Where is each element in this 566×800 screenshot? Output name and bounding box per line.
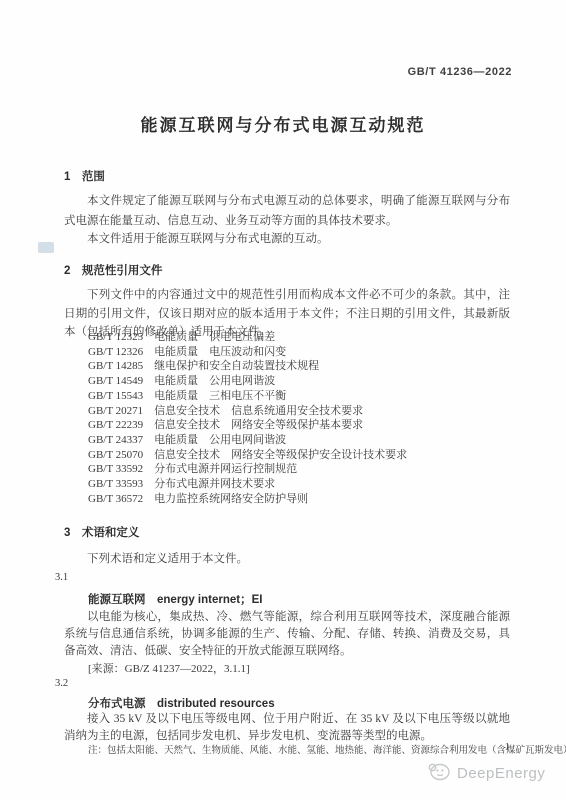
term-3-1-source: [来源：GB/Z 41237—2022，3.1.1] <box>88 660 510 676</box>
watermark: DeepEnergy <box>426 760 545 787</box>
reference-item: GB/T 15543 电能质量 三相电压不平衡 <box>88 389 510 404</box>
term-3-1-title: 能源互联网 energy internet；EI <box>88 591 510 607</box>
section-2-heading: 2 规范性引用文件 <box>64 262 510 278</box>
watermark-brand-text: DeepEnergy <box>457 765 545 782</box>
reference-item: GB/T 36572 电力监控系统网络安全防护导则 <box>88 492 510 507</box>
section-1-paragraph-2: 本文件适用于能源互联网与分布式电源的互动。 <box>64 230 510 250</box>
reference-item: GB/T 24337 电能质量 公用电网间谐波 <box>88 433 510 448</box>
reference-item: GB/T 14549 电能质量 公用电网谐波 <box>88 374 510 389</box>
section-1-heading: 1 范围 <box>64 168 510 184</box>
term-3-1-number: 3.1 <box>55 572 68 583</box>
page-number: 1 <box>505 742 510 753</box>
reference-item: GB/T 33592 分布式电源并网运行控制规范 <box>88 462 510 477</box>
section-1-paragraph-1: 本文件规定了能源互联网与分布式电源互动的总体要求，明确了能源互联网与分布式电源在… <box>64 192 510 231</box>
term-3-2-definition: 接入 35 kV 及以下电压等级电网、位于用户附近、在 35 kV 及以下电压等… <box>64 711 510 745</box>
reference-item: GB/T 25070 信息安全技术 网络安全等级保护安全设计技术要求 <box>88 448 510 463</box>
reference-item: GB/T 20271 信息安全技术 信息系统通用安全技术要求 <box>88 404 510 419</box>
document-title: 能源互联网与分布式电源互动规范 <box>0 111 566 136</box>
deepenergy-logo-icon <box>426 760 452 787</box>
reference-item: GB/T 22239 信息安全技术 网络安全等级保护基本要求 <box>88 418 510 433</box>
reference-item: GB/T 33593 分布式电源并网技术要求 <box>88 477 510 492</box>
term-3-1-definition: 以电能为核心，集成热、冷、燃气等能源，综合利用互联网等技术，深度融合能源系统与信… <box>64 609 510 661</box>
normative-references-list: GB/T 12325 电能质量 供电电压偏差 GB/T 12326 电能质量 电… <box>88 330 510 506</box>
term-3-2-title: 分布式电源 distributed resources <box>88 695 510 711</box>
term-3-2-number: 3.2 <box>55 678 68 689</box>
margin-highlight-mark <box>38 242 54 253</box>
reference-item: GB/T 12326 电能质量 电压波动和闪变 <box>88 345 510 360</box>
reference-item: GB/T 12325 电能质量 供电电压偏差 <box>88 330 510 345</box>
standard-code: GB/T 41236—2022 <box>408 66 512 78</box>
term-3-2-note: 注：包括太阳能、天然气、生物质能、风能、水能、氢能、地热能、海洋能、资源综合利用… <box>88 742 512 756</box>
standard-document-page: GB/T 41236—2022 能源互联网与分布式电源互动规范 1 范围 本文件… <box>0 0 566 800</box>
section-3-heading: 3 术语和定义 <box>64 524 510 540</box>
reference-item: GB/T 14285 继电保护和安全自动装置技术规程 <box>88 359 510 374</box>
section-3-intro: 下列术语和定义适用于本文件。 <box>64 550 510 570</box>
